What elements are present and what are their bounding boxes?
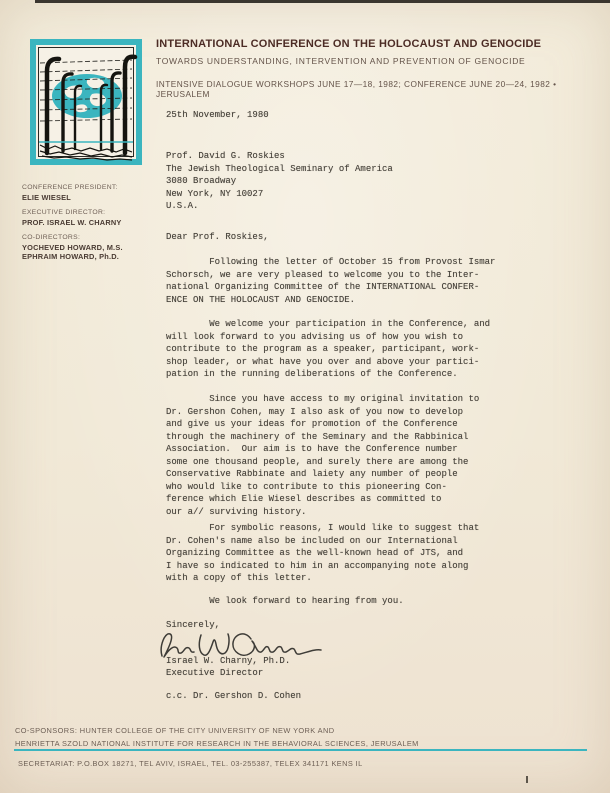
scan-edge-artifact [35,0,610,3]
officer-role: CO-DIRECTORS: [22,233,154,243]
body-paragraph: Following the letter of October 15 from … [166,256,495,306]
officer-entry: EXECUTIVE DIRECTOR: PROF. ISRAEL W. CHAR… [22,208,154,227]
body-paragraph: For symbolic reasons, I would like to su… [166,522,479,585]
body-paragraph: We look forward to hearing from you. [166,595,404,608]
body-paragraph: Since you have access to my original inv… [166,393,479,518]
letterhead: INTERNATIONAL CONFERENCE ON THE HOLOCAUS… [156,38,608,99]
officer-entry: CO-DIRECTORS: YOCHEVED HOWARD, M.S. EPHR… [22,233,154,262]
scan-mark-artifact [526,776,528,783]
officer-name: PROF. ISRAEL W. CHARNY [22,218,154,228]
conference-logo camp-fence-and-globe-icon [30,39,142,165]
secretariat-line: SECRETARIAT: P.O.BOX 18271, TEL AVIV, IS… [18,759,363,768]
signer-name: Israel W. Charny, Ph.D. [166,655,290,668]
officer-entry: CONFERENCE PRESIDENT: ELIE WIESEL [22,183,154,202]
body-paragraph: We welcome your participation in the Con… [166,318,490,381]
cosponsors-line-1: CO-SPONSORS: HUNTER COLLEGE OF THE CITY … [15,726,334,735]
letterhead-subtitle: TOWARDS UNDERSTANDING, INTERVENTION AND … [156,56,608,66]
scanned-letter-page: INTERNATIONAL CONFERENCE ON THE HOLOCAUS… [0,0,610,793]
recipient-address: Prof. David G. Roskies The Jewish Theolo… [166,150,393,213]
footer-divider [14,749,587,751]
officer-role: CONFERENCE PRESIDENT: [22,183,154,193]
salutation: Dear Prof. Roskies, [166,231,269,244]
officer-name: ELIE WIESEL [22,193,154,203]
cosponsors-line-2: HENRIETTA SZOLD NATIONAL INSTITUTE FOR R… [15,739,419,748]
page-title: INTERNATIONAL CONFERENCE ON THE HOLOCAUS… [156,38,608,50]
officers-sidebar: CONFERENCE PRESIDENT: ELIE WIESEL EXECUT… [22,183,154,268]
signer-title: Executive Director [166,667,263,680]
officer-role: EXECUTIVE DIRECTOR: [22,208,154,218]
letter-date: 25th November, 1980 [166,109,269,122]
cc-line: c.c. Dr. Gershon D. Cohen [166,690,301,703]
officer-name: YOCHEVED HOWARD, M.S. EPHRAIM HOWARD, Ph… [22,243,154,262]
letterhead-dates-line: INTENSIVE DIALOGUE WORKSHOPS JUNE 17—18,… [156,79,608,99]
